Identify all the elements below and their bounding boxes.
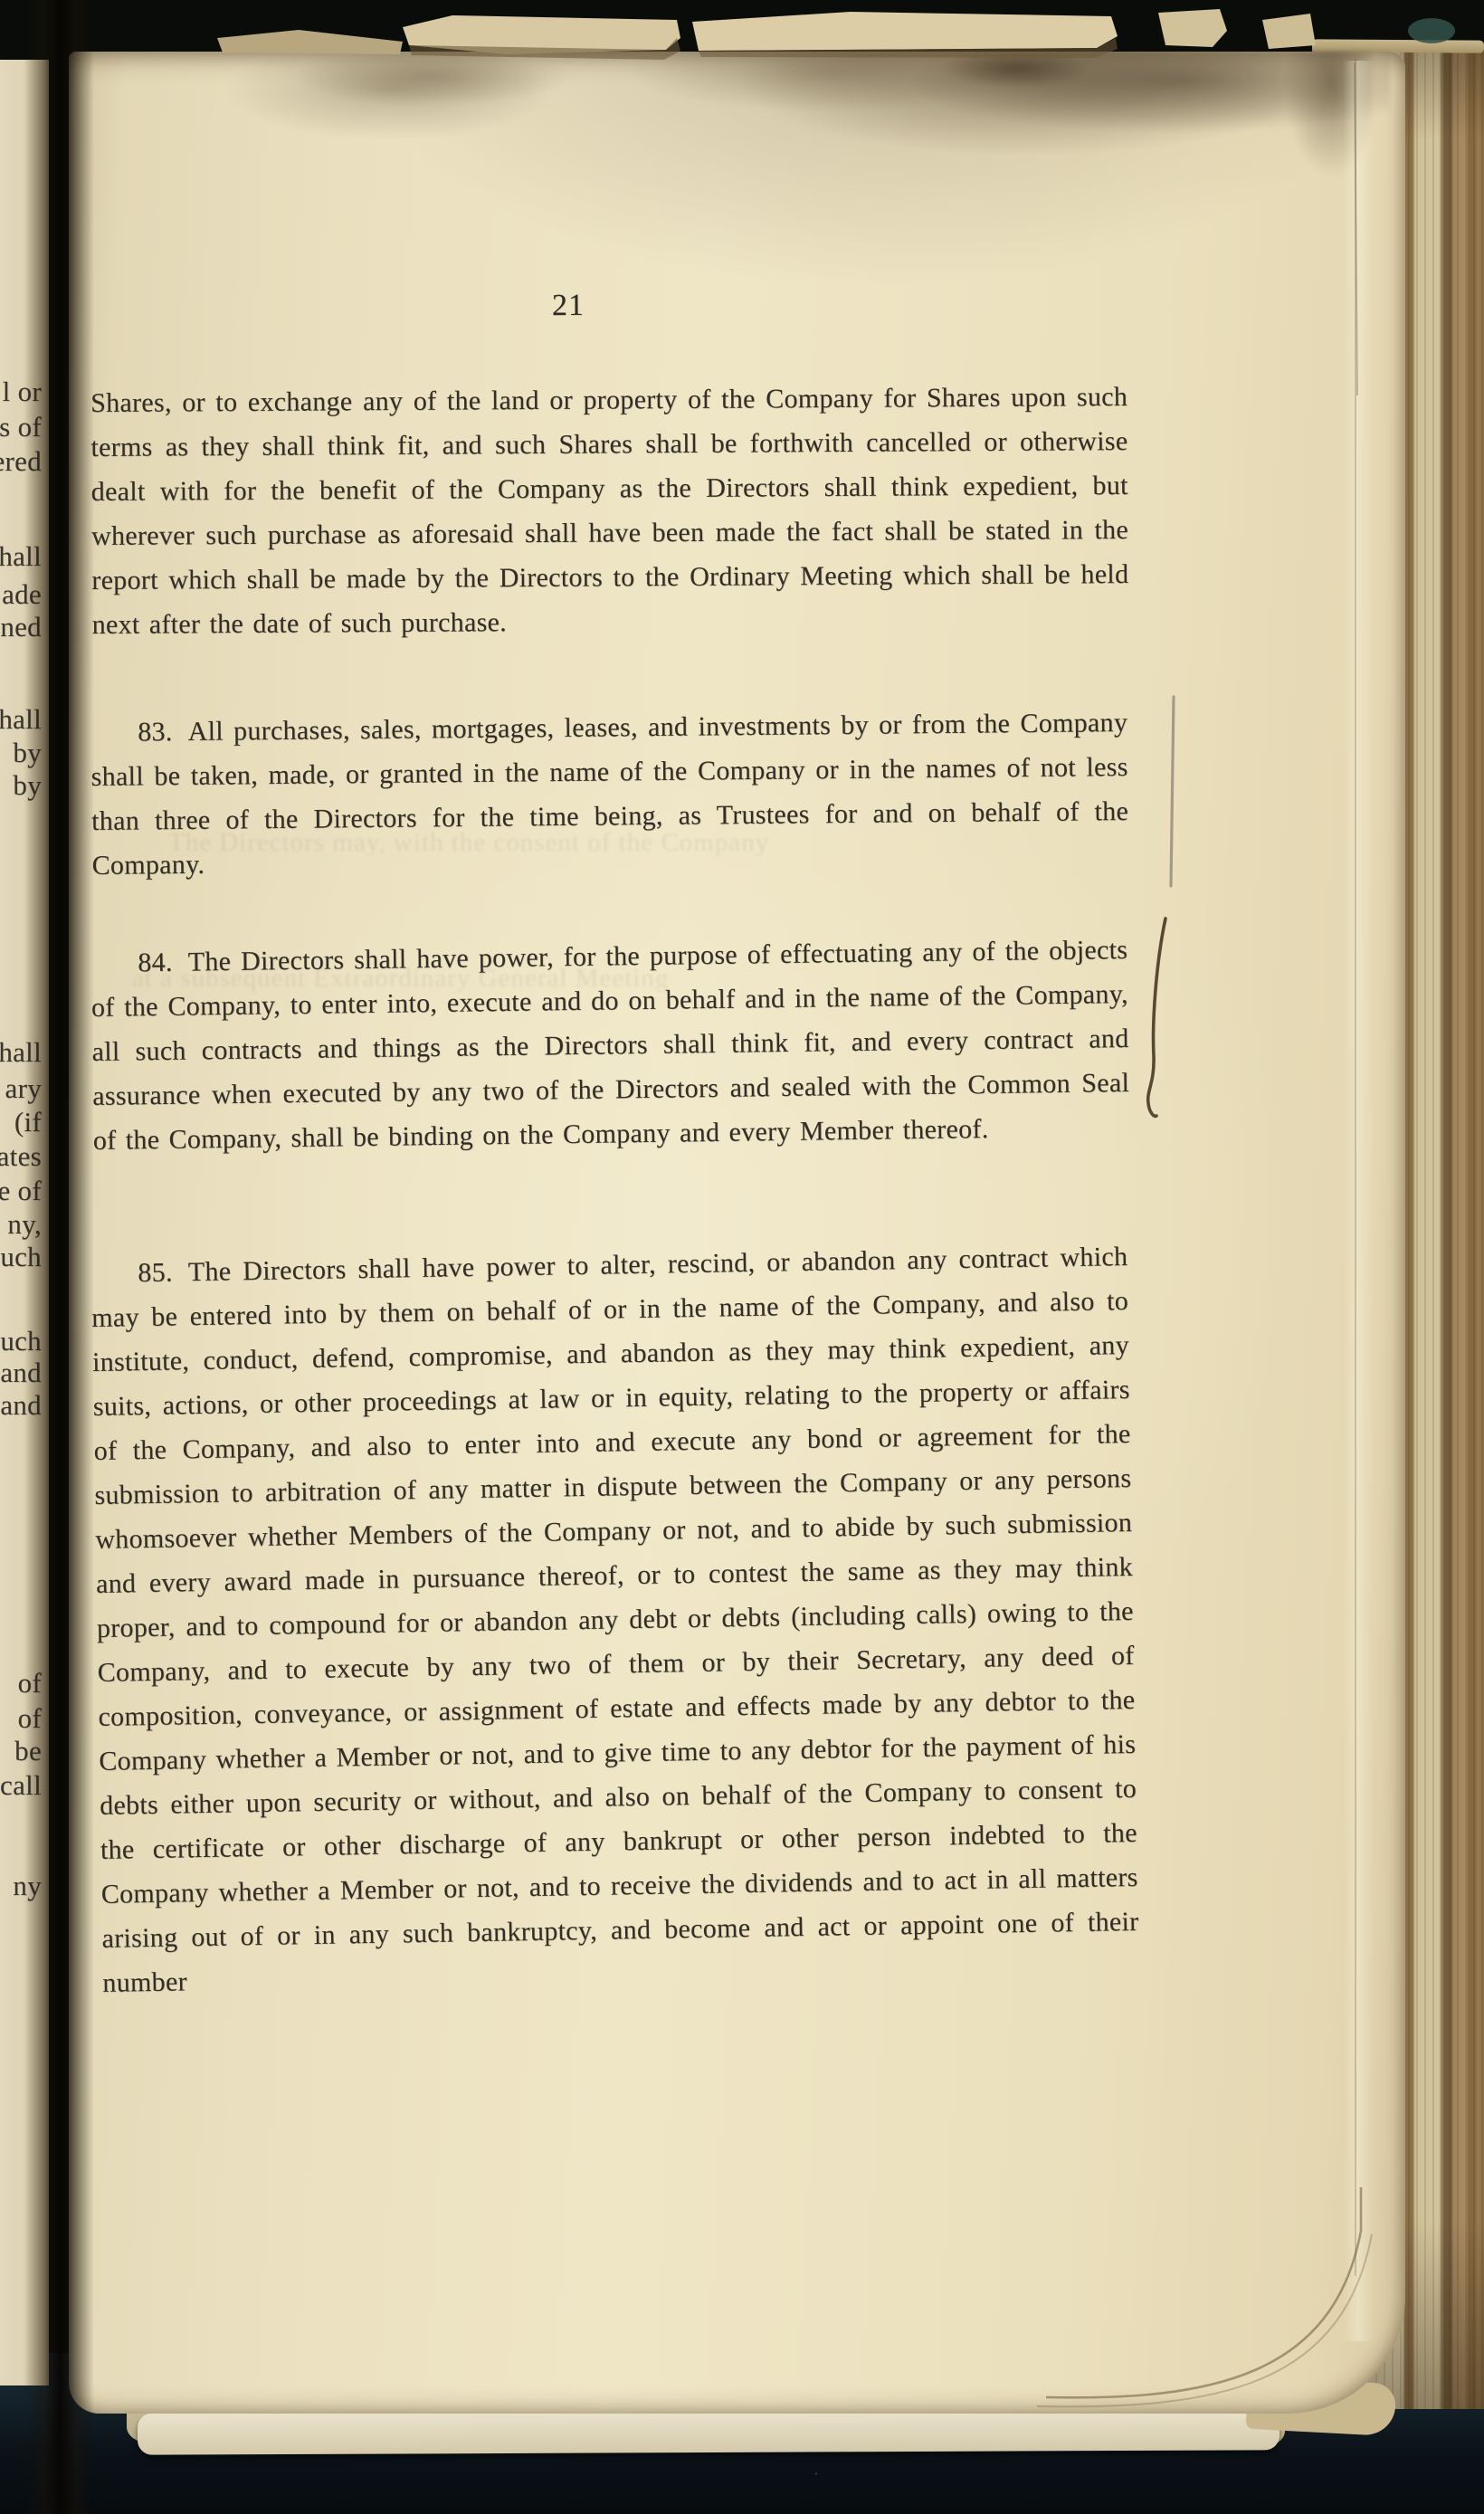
page-curl-highlight bbox=[1343, 61, 1374, 2341]
paragraph-number: 85. bbox=[138, 1258, 173, 1289]
paragraph-text: The Directors shall have power to alter,… bbox=[91, 1242, 1139, 1998]
top-edge-stain bbox=[223, 52, 1390, 133]
folded-page-top bbox=[692, 12, 1118, 51]
folded-page-top bbox=[1262, 14, 1316, 49]
page-edge-strip bbox=[138, 2408, 1279, 2455]
folded-page-top bbox=[403, 15, 680, 54]
paragraph-continuation: Shares, or to exchange any of the land o… bbox=[90, 375, 1129, 647]
paragraph-84: 84.The Directors shall have power, for t… bbox=[90, 928, 1130, 1163]
folded-page-top bbox=[1158, 9, 1227, 47]
paragraph-text: The Directors shall have power, for the … bbox=[91, 935, 1130, 1156]
folded-page-top bbox=[217, 30, 403, 54]
scanned-book-photo: { "document": { "page_number": "21", "pa… bbox=[0, 0, 1484, 2514]
page-crease bbox=[1355, 59, 1356, 2276]
paragraph-number: 83. bbox=[138, 717, 173, 747]
page-number: 21 bbox=[532, 289, 604, 323]
book-page: The Directors may, with the consent of t… bbox=[69, 52, 1405, 2414]
corner-edge-outline bbox=[1046, 2187, 1361, 2397]
spine-gutter-shadow bbox=[24, 0, 94, 2514]
paragraph-text: Shares, or to exchange any of the land o… bbox=[90, 382, 1128, 640]
ink-margin-curve bbox=[1148, 919, 1165, 1116]
paragraph-83: 83.All purchases, sales, mortgages, leas… bbox=[90, 700, 1129, 888]
corner-edge-outline bbox=[1037, 2234, 1372, 2406]
pencil-margin-line bbox=[1171, 697, 1174, 886]
paragraph-85: 85.The Directors shall have power to alt… bbox=[90, 1234, 1140, 2005]
paragraph-number: 84. bbox=[138, 948, 173, 977]
paragraph-text: All purchases, sales, mortgages, leases,… bbox=[91, 708, 1129, 881]
